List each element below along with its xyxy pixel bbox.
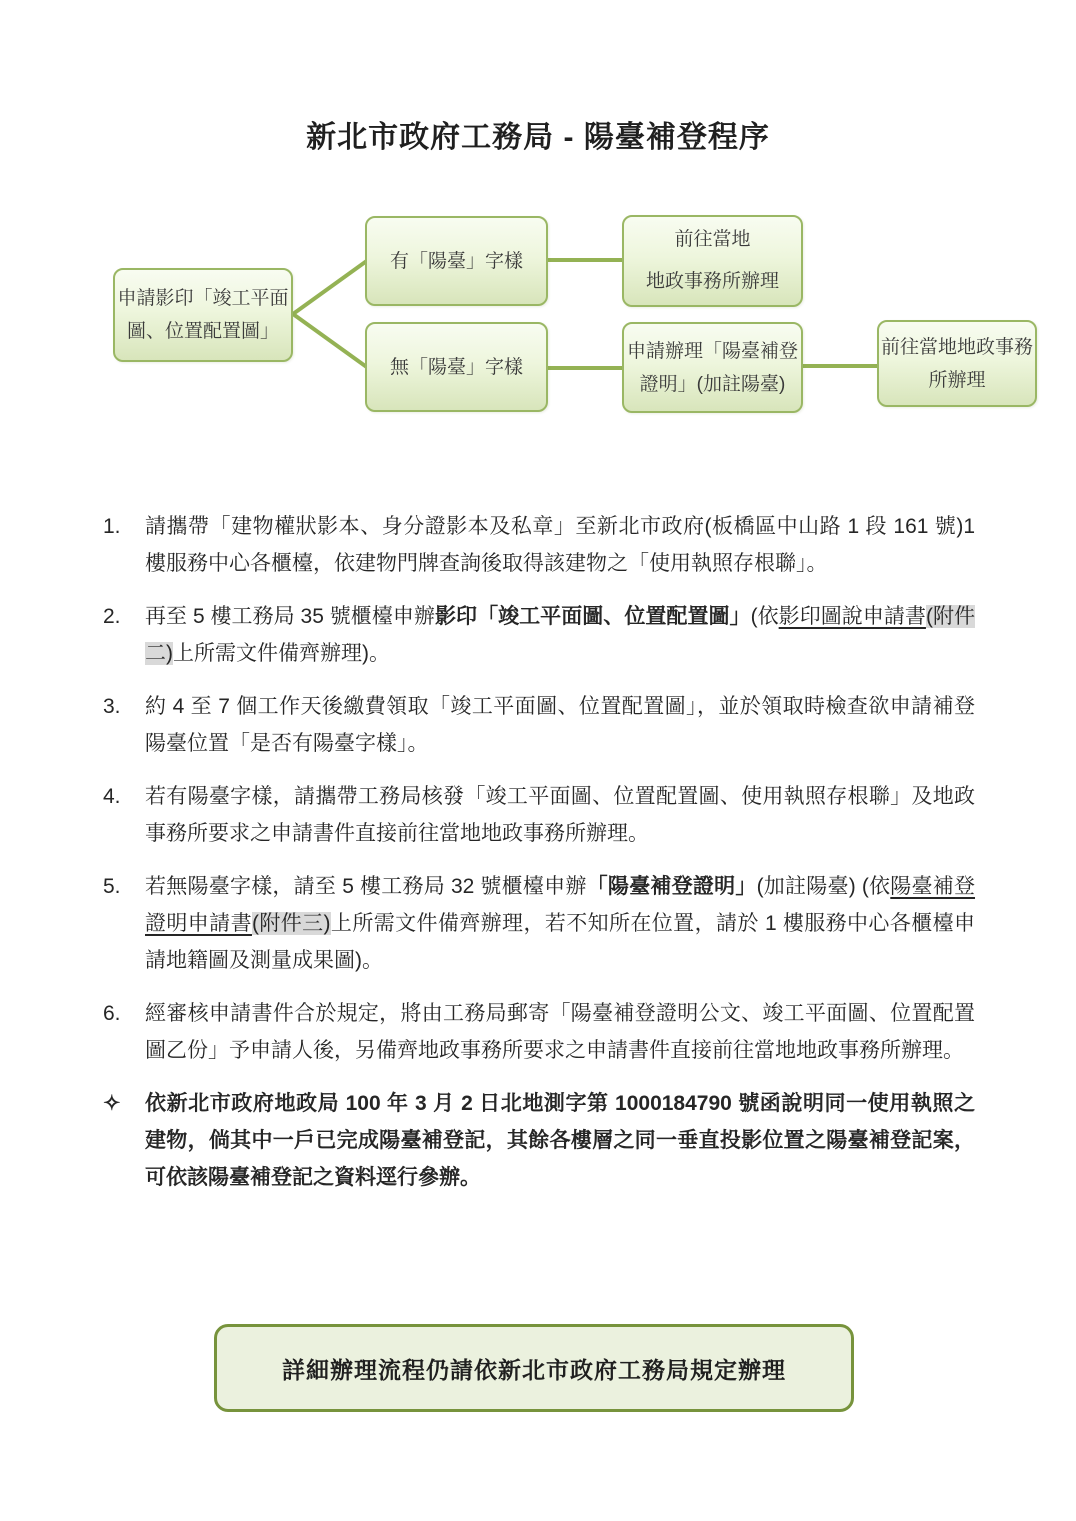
flow-box-line: 前往當地地政事務 [881,331,1033,364]
list-item: 1.請攜帶「建物權狀影本、身分證影本及私章」至新北市政府(板橋區中山路 1 段 … [103,508,975,582]
list-item-text: 約 4 至 7 個工作天後繳費領取「竣工平面圖、位置配置圖」，並於領取時檢查欲申… [145,688,975,762]
list-item: 6.經審核申請書件合於規定，將由工務局郵寄「陽臺補登證明公文、竣工平面圖、位置配… [103,995,975,1069]
text-segment: (依 [751,605,779,628]
list-item: ✧依新北市政府地政局 100 年 3 月 2 日北地測字第 1000184790… [103,1085,975,1196]
steps-list: 1.請攜帶「建物權狀影本、身分證影本及私章」至新北市政府(板橋區中山路 1 段 … [103,508,975,1212]
text-segment: 再至 5 樓工務局 35 號櫃檯申辦 [145,605,435,628]
text-segment: 影印「竣工平面圖、位置配置圖」 [435,605,751,628]
form-name: 影印圖說申請書 [779,605,926,628]
text-segment: 上所需文件備齊辦理)。 [173,642,390,665]
list-item-marker: 1. [103,508,145,582]
text-segment: 依新北市政府地政局 100 年 3 月 2 日北地測字第 1000184790 … [145,1092,975,1189]
list-item-text: 若無陽臺字樣，請至 5 樓工務局 32 號櫃檯申辦「陽臺補登證明」(加註陽臺) … [145,868,975,979]
text-segment: 約 4 至 7 個工作天後繳費領取「竣工平面圖、位置配置圖」，並於領取時檢查欲申… [145,695,975,755]
text-segment: (加註陽臺) (依 [757,875,891,898]
footer-note-text: 詳細辦理流程仍請依新北市政府工務局規定辦理 [282,1352,786,1385]
text-segment: 若無陽臺字樣，請至 5 樓工務局 32 號櫃檯申辦 [145,875,587,898]
flow-box-line: 申請辦理「陽臺補登 [627,335,798,368]
list-item-marker: 5. [103,868,145,979]
flow-box-line: 地政事務所辦理 [646,261,779,303]
flow-box-no-balcony-label: 無「陽臺」字樣 [365,322,548,412]
text-segment: 「陽臺補登證明」 [587,875,757,898]
flow-box-line: 前往當地 [674,219,750,261]
list-item-marker: 4. [103,778,145,852]
footer-note-box: 詳細辦理流程仍請依新北市政府工務局規定辦理 [214,1324,854,1412]
flow-box-line: 圖、位置配置圖」 [127,315,279,348]
list-item-marker: 6. [103,995,145,1069]
text-segment: 經審核申請書件合於規定，將由工務局郵寄「陽臺補登證明公文、竣工平面圖、位置配置圖… [145,1002,975,1062]
flow-box-line: 所辦理 [928,364,985,397]
list-item: 2.再至 5 樓工務局 35 號櫃檯申辦影印「竣工平面圖、位置配置圖」(依影印圖… [103,598,975,672]
list-item-text: 經審核申請書件合於規定，將由工務局郵寄「陽臺補登證明公文、竣工平面圖、位置配置圖… [145,995,975,1069]
flow-box-line: 證明」(加註陽臺) [640,368,786,401]
text-segment: 請攜帶「建物權狀影本、身分證影本及私章」至新北市政府(板橋區中山路 1 段 16… [145,515,975,575]
page-title: 新北市政府工務局 - 陽臺補登程序 [0,112,1076,156]
flow-box-apply-balcony-cert: 申請辦理「陽臺補登證明」(加註陽臺) [622,322,803,413]
flow-box-line: 有「陽臺」字樣 [390,245,523,278]
flow-box-goto-land-office: 前往當地地政事務所辦理 [622,215,803,307]
flow-box-has-balcony-label: 有「陽臺」字樣 [365,216,548,306]
text-segment: 若有陽臺字樣，請攜帶工務局核發「竣工平面圖、位置配置圖、使用執照存根聯」及地政事… [145,785,975,845]
attachment-ref: (附件三) [252,912,331,935]
list-item-text: 請攜帶「建物權狀影本、身分證影本及私章」至新北市政府(板橋區中山路 1 段 16… [145,508,975,582]
list-item-text: 依新北市政府地政局 100 年 3 月 2 日北地測字第 1000184790 … [145,1085,975,1196]
flow-box-line: 無「陽臺」字樣 [390,351,523,384]
list-item: 5.若無陽臺字樣，請至 5 樓工務局 32 號櫃檯申辦「陽臺補登證明」(加註陽臺… [103,868,975,979]
list-item-text: 再至 5 樓工務局 35 號櫃檯申辦影印「竣工平面圖、位置配置圖」(依影印圖說申… [145,598,975,672]
flow-box-line: 申請影印「竣工平面 [117,282,288,315]
flow-box-goto-land-office-2: 前往當地地政事務所辦理 [877,320,1037,407]
list-item-text: 若有陽臺字樣，請攜帶工務局核發「竣工平面圖、位置配置圖、使用執照存根聯」及地政事… [145,778,975,852]
list-item: 4.若有陽臺字樣，請攜帶工務局核發「竣工平面圖、位置配置圖、使用執照存根聯」及地… [103,778,975,852]
flow-box-apply-copy-plans: 申請影印「竣工平面圖、位置配置圖」 [113,268,293,362]
list-item: 3.約 4 至 7 個工作天後繳費領取「竣工平面圖、位置配置圖」，並於領取時檢查… [103,688,975,762]
list-item-marker: ✧ [103,1085,145,1196]
list-item-marker: 2. [103,598,145,672]
list-item-marker: 3. [103,688,145,762]
